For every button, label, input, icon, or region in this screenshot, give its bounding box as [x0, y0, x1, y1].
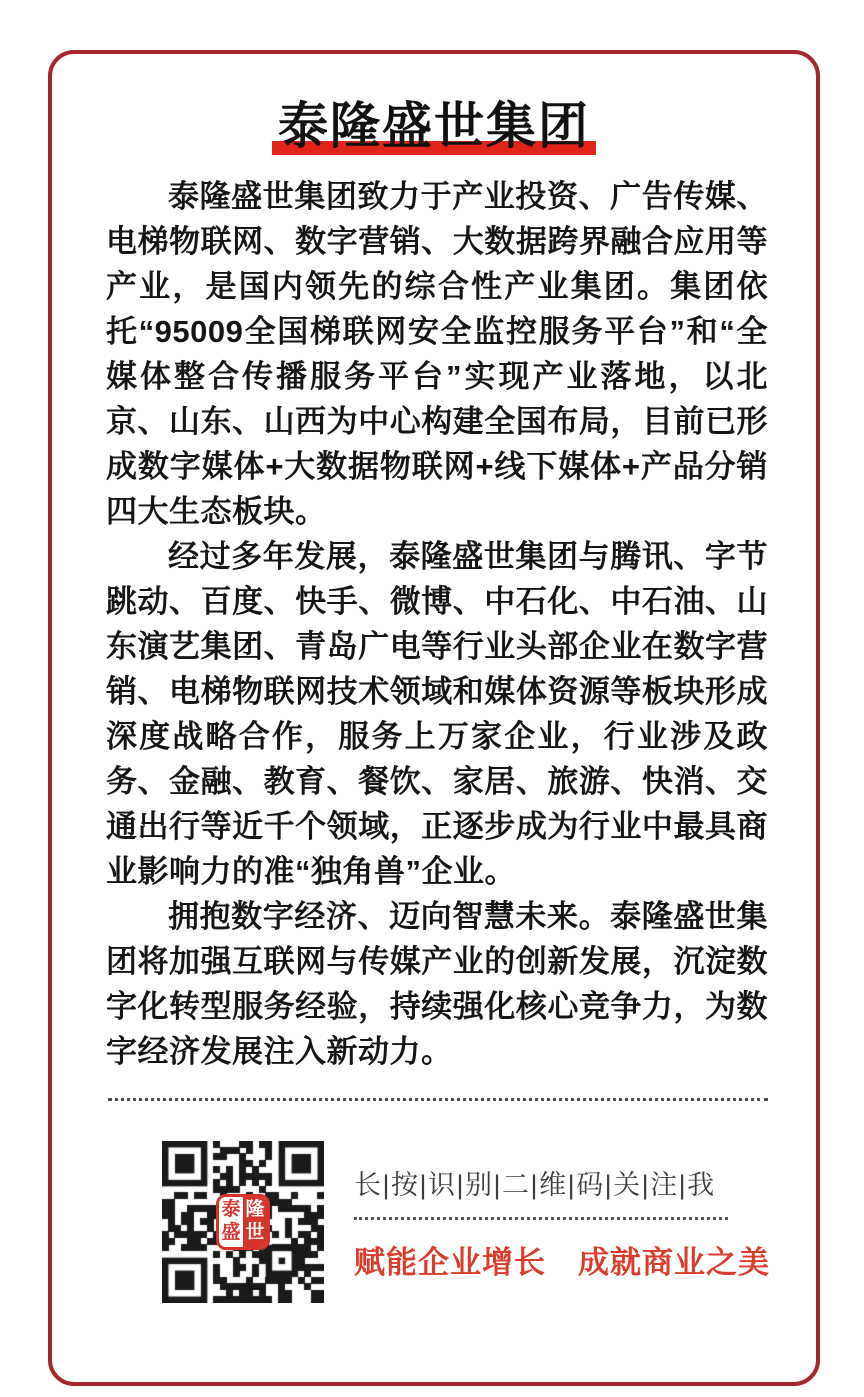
paragraph-intro: 泰隆盛世集团致力于产业投资、广告传媒、电梯物联网、数字营销、大数据跨界融合应用等…: [106, 174, 768, 534]
article-body: 泰隆盛世集团致力于产业投资、广告传媒、电梯物联网、数字营销、大数据跨界融合应用等…: [52, 174, 816, 1074]
slogan: 赋能企业增长 成就商业之美: [354, 1237, 728, 1282]
page-background: 泰隆盛世集团 泰隆盛世集团致力于产业投资、广告传媒、电梯物联网、数字营销、大数据…: [0, 0, 864, 1397]
seal-char: 世: [245, 1222, 264, 1245]
company-seal-icon: 泰 盛 隆 世: [216, 1194, 270, 1250]
seal-char: 隆: [245, 1199, 264, 1222]
company-profile-card: 泰隆盛世集团 泰隆盛世集团致力于产业投资、广告传媒、电梯物联网、数字营销、大数据…: [48, 50, 820, 1386]
page-title: 泰隆盛世集团: [278, 96, 590, 156]
seal-char: 盛: [221, 1222, 240, 1245]
qr-code[interactable]: 泰 盛 隆 世: [162, 1141, 324, 1303]
title-row: 泰隆盛世集团: [52, 96, 816, 156]
paragraph-outlook: 拥抱数字经济、迈向智慧未来。泰隆盛世集团将加强互联网与传媒产业的创新发展，沉淀数…: [106, 894, 768, 1074]
dotted-divider-small: [354, 1217, 728, 1220]
footer-right-column: 长|按|识|别|二|维|码|关|注|我 赋能企业增长 成就商业之美: [354, 1163, 728, 1282]
dotted-divider: [108, 1098, 768, 1101]
seal-left-column: 泰 盛: [219, 1197, 243, 1247]
paragraph-partners: 经过多年发展，泰隆盛世集团与腾讯、字节跳动、百度、快手、微博、中石化、中石油、山…: [106, 534, 768, 894]
seal-right-column: 隆 世: [243, 1197, 267, 1247]
footer: 泰 盛 隆 世 长|按|识|别|二|维|码|关|注|我 赋能企业增长 成就商业之…: [52, 1141, 816, 1303]
follow-instruction: 长|按|识|别|二|维|码|关|注|我: [354, 1163, 728, 1202]
seal-char: 泰: [221, 1199, 240, 1222]
